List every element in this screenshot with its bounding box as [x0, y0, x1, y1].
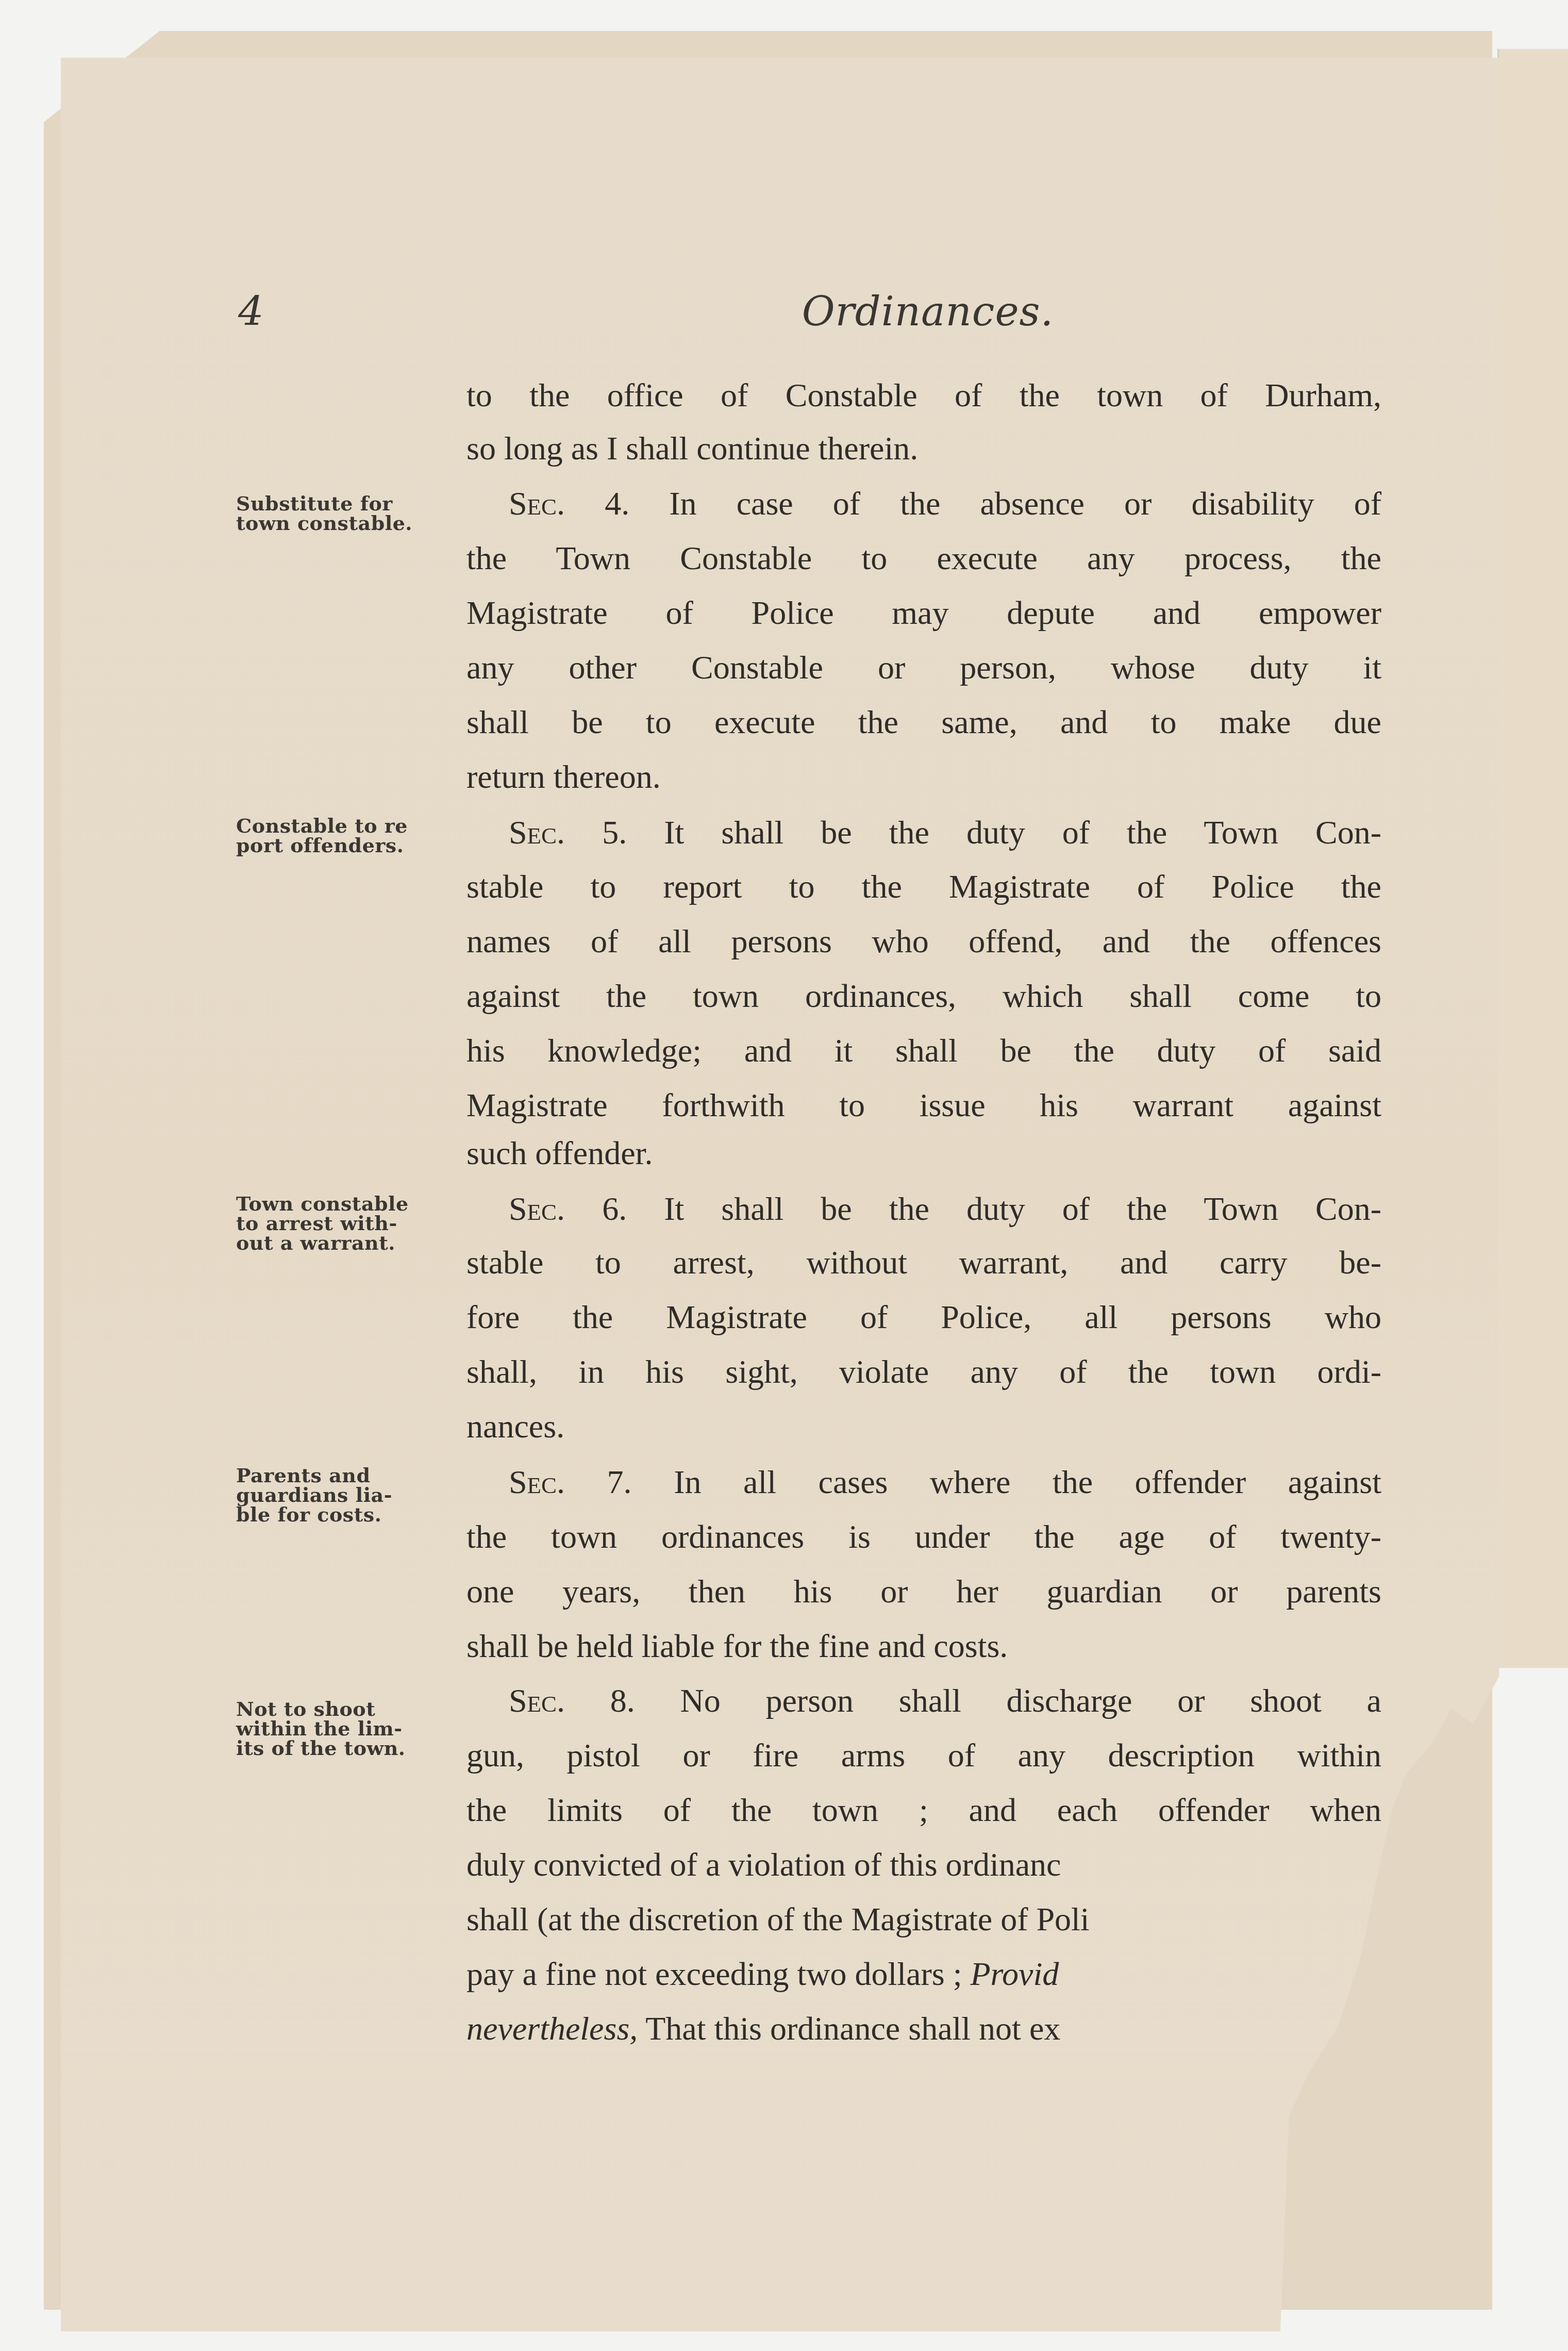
section-6-first-line: Sec. 6. It shall be the duty of the Town… [509, 1190, 1381, 1236]
margin-note-line: ble for costs. [236, 1505, 453, 1525]
margin-note-line: Town constable [236, 1194, 453, 1214]
section-7-first-line: Sec. 7. In all cases where the offender … [509, 1463, 1381, 1510]
text-line: stable to report to the Magistrate of Po… [466, 868, 1381, 914]
margin-note-line: Constable to re [236, 816, 453, 836]
text-line: shall be held liable for the fine and co… [466, 1627, 1381, 1674]
margin-note-line: to arrest with- [236, 1214, 453, 1233]
margin-note-substitute: Substitute for town constable. [236, 494, 453, 533]
margin-note-line: town constable. [236, 514, 453, 533]
text-line: to the office of Constable of the town o… [466, 376, 1381, 423]
margin-note-line: Parents and [236, 1466, 453, 1485]
margin-note-line: port offenders. [236, 836, 453, 855]
text-line: any other Constable or person, whose dut… [466, 649, 1381, 695]
section-label: Sec. 7. [509, 1464, 632, 1500]
margin-note-arrest: Town constable to arrest with- out a war… [236, 1194, 453, 1253]
facing-page-edge [1497, 49, 1568, 1668]
text-line: return thereon. [466, 758, 1381, 804]
section-label: Sec. 5. [509, 814, 627, 851]
text-fragment: That this ordinance shall not ex [645, 2010, 1060, 2047]
running-title: Ordinances. [763, 289, 1093, 335]
text-line: his knowledge; and it shall be the duty … [466, 1032, 1381, 1078]
text-line: the Town Constable to execute any proces… [466, 539, 1381, 586]
section-4-first-line: Sec. 4. In case of the absence or disabi… [509, 485, 1381, 531]
margin-note-line: out a warrant. [236, 1233, 453, 1253]
text-fragment: In all cases where the offender against [674, 1464, 1381, 1500]
text-line: against the town ordinances, which shall… [466, 977, 1381, 1023]
text-line: the town ordinances is under the age of … [466, 1518, 1381, 1564]
section-5-first-line: Sec. 5. It shall be the duty of the Town… [509, 814, 1381, 860]
page-number: 4 [238, 289, 264, 335]
text-fragment: It shall be the duty of the Town Con- [664, 1190, 1381, 1227]
italic-fragment: Provid [970, 1956, 1059, 1992]
section-label: Sec. 4. [509, 485, 629, 522]
text-fragment: In case of the absence or disability of [669, 485, 1381, 522]
text-fragment: pay a fine not exceeding two dollars ; [466, 1956, 962, 1992]
text-line-torn: duly convicted of a violation of this or… [466, 1846, 1381, 1892]
text-fragment: No person shall discharge or shoot a [680, 1682, 1381, 1719]
margin-note-line: within the lim- [236, 1719, 453, 1739]
text-line-torn: shall (at the discretion of the Magistra… [466, 1900, 1381, 1947]
text-line: shall, in his sight, violate any of the … [466, 1353, 1381, 1399]
margin-note-line: its of the town. [236, 1739, 453, 1758]
text-line-torn: nevertheless, That this ordinance shall … [466, 2010, 1381, 2056]
section-label: Sec. 8. [509, 1682, 635, 1719]
text-line: the limits of the town ; and each offend… [466, 1791, 1381, 1837]
margin-note-parents: Parents and guardians lia- ble for costs… [236, 1466, 453, 1525]
margin-note-line: Not to shoot [236, 1699, 453, 1719]
text-line: such offender. [466, 1134, 1381, 1181]
section-label: Sec. 6. [509, 1190, 627, 1227]
text-line: fore the Magistrate of Police, all perso… [466, 1298, 1381, 1345]
margin-note-line: Substitute for [236, 494, 453, 514]
text-line: so long as I shall continue therein. [466, 429, 1381, 476]
italic-fragment: nevertheless, [466, 2010, 638, 2047]
text-line: nances. [466, 1408, 1381, 1454]
text-line-torn: pay a fine not exceeding two dollars ; P… [466, 1955, 1381, 2001]
text-line: Magistrate forthwith to issue his warran… [466, 1086, 1381, 1133]
section-8-first-line: Sec. 8. No person shall discharge or sho… [509, 1682, 1381, 1728]
text-line: shall be to execute the same, and to mak… [466, 703, 1381, 750]
text-line: stable to arrest, without warrant, and c… [466, 1244, 1381, 1290]
text-fragment: It shall be the duty of the Town Con- [664, 814, 1381, 851]
text-line: one years, then his or her guardian or p… [466, 1572, 1381, 1619]
text-line: gun, pistol or fire arms of any descript… [466, 1736, 1381, 1783]
margin-note-report: Constable to re port offenders. [236, 816, 453, 855]
text-line: Magistrate of Police may depute and empo… [466, 594, 1381, 640]
text-line: names of all persons who offend, and the… [466, 922, 1381, 969]
margin-note-shoot: Not to shoot within the lim- its of the … [236, 1699, 453, 1758]
margin-note-line: guardians lia- [236, 1485, 453, 1505]
